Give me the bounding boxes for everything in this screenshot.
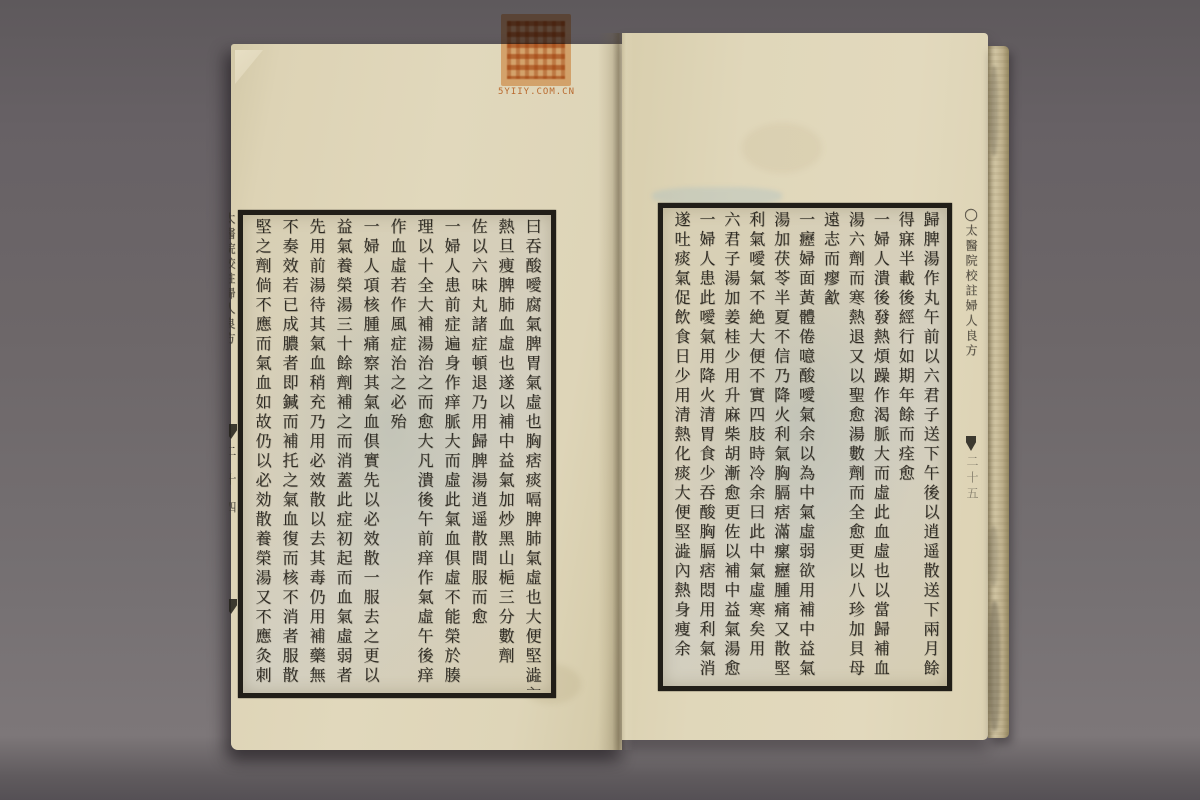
text-column: 先用前湯待其氣血稍充乃用必效散以去其毒仍用補藥無 — [303, 218, 330, 690]
banxin-right: ◯太醫院校註婦人良方 二十五 — [952, 207, 984, 707]
text-column: 一婦人患此噯氣用降火清胃食少吞酸胸膈痞悶用利氣消 — [693, 211, 718, 683]
text-column: 歸脾湯作丸午前以六君子送下午後以逍遥散送下兩月餘 — [917, 211, 942, 683]
book-page-right: 歸脾湯作丸午前以六君子送下午後以逍遥散送下兩月餘得寐半載後經行如期年餘而痊愈一婦… — [622, 33, 988, 740]
page-number: 二十五 — [965, 455, 978, 503]
fishtail-mark — [966, 436, 976, 451]
text-column: 六君子湯加姜桂少用升麻柴胡漸愈更佐以補中益氣湯愈 — [718, 211, 743, 683]
ink-smudge — [990, 66, 998, 156]
text-columns-left: 曰吞酸噯腐氣脾胃氣虛也胸痞痰嗝脾肺氣虛也大便堅澁內熱旦痩脾肺血虛也遂以補中益氣加… — [248, 218, 546, 690]
ink-smudge — [989, 526, 998, 586]
page-corner-fold — [235, 50, 263, 84]
text-column: 遂吐痰氣促飲食日少用清熱化痰大便堅澁內熱身痩余 — [668, 211, 693, 683]
text-column: 一癧婦面黃體倦噫酸噯氣余以為中氣虛弱欲用補中益氣 — [793, 211, 818, 683]
text-column: 理以十全大補湯治之而愈大凡潰後午前痒作氣虛午後痒 — [411, 218, 438, 690]
text-column: 遠志而瘳㱃 — [817, 211, 842, 683]
text-column: 一婦人患前症遍身作痒脈大而虛此氣血倶虛不能榮於腠 — [438, 218, 465, 690]
text-column: 湯六劑而寒熱退又以聖愈湯數劑而全愈更以八珍加貝母 — [842, 211, 867, 683]
text-columns-right: 歸脾湯作丸午前以六君子送下午後以逍遥散送下兩月餘得寐半載後經行如期年餘而痊愈一婦… — [668, 211, 942, 683]
fishtail-mark — [229, 424, 237, 439]
text-column: 一婦人潰後發熱煩躁作渴脈大而虛此血虛也以當歸補血 — [867, 211, 892, 683]
text-column: 佐以六味丸諸症頓退乃用歸脾湯逍遥散間服而愈 — [465, 218, 492, 690]
book-page-left: 太醫院校註婦人良方 二十四 曰吞酸噯腐氣脾胃氣虛也胸痞痰嗝脾肺氣虛也大便堅澁內熱… — [231, 44, 622, 750]
text-column: 湯加茯苓半夏不信乃降火利氣胸膈痞滿瘰癧腫痛又散堅 — [768, 211, 793, 683]
text-column: 作血虛若作風症治之必殆 — [384, 218, 411, 690]
ink-smudge — [989, 601, 1000, 731]
text-column: 得寐半載後經行如期年餘而痊愈 — [892, 211, 917, 683]
text-column: 不奏效若已成膿者即鍼而補托之氣血復而核不消者服散 — [276, 218, 303, 690]
text-column: 堅之劑倘不應而氣血如故仍以必効散養榮湯又不應灸刺 — [249, 218, 276, 690]
banxin-title: 太醫院校註婦人良方 — [229, 212, 236, 392]
page-edge-stack — [988, 46, 1009, 738]
watermark-seal — [501, 14, 571, 86]
page-number: 二十四 — [229, 445, 236, 529]
text-block-right: 歸脾湯作丸午前以六君子送下午後以逍遥散送下兩月餘得寐半載後經行如期年餘而痊愈一婦… — [658, 203, 952, 691]
text-column: 利氣噯氣不絶大便不實四肢時冷余曰此中氣虛寒矣用 — [743, 211, 768, 683]
text-column: 熱旦痩脾肺血虛也遂以補中益氣加炒黑山梔三分數劑 — [492, 218, 519, 690]
text-block-left: 曰吞酸噯腐氣脾胃氣虛也胸痞痰嗝脾肺氣虛也大便堅澁內熱旦痩脾肺血虛也遂以補中益氣加… — [238, 210, 556, 698]
banxin-title: ◯太醫院校註婦人良方 — [964, 207, 978, 422]
fishtail-mark — [229, 599, 237, 614]
text-column: 一婦人項核腫痛察其氣血倶實先以必效散一服去之更以 — [357, 218, 384, 690]
text-column: 曰吞酸噯腐氣脾胃氣虛也胸痞痰嗝脾肺氣虛也大便堅澁內 — [519, 218, 546, 690]
watermark-caption: 5YIIY.COM.CN — [498, 87, 598, 99]
text-column: 益氣養榮湯三十餘劑補之而消蓋此症初起而血氣虛弱者 — [330, 218, 357, 690]
paper-stain — [742, 123, 822, 173]
